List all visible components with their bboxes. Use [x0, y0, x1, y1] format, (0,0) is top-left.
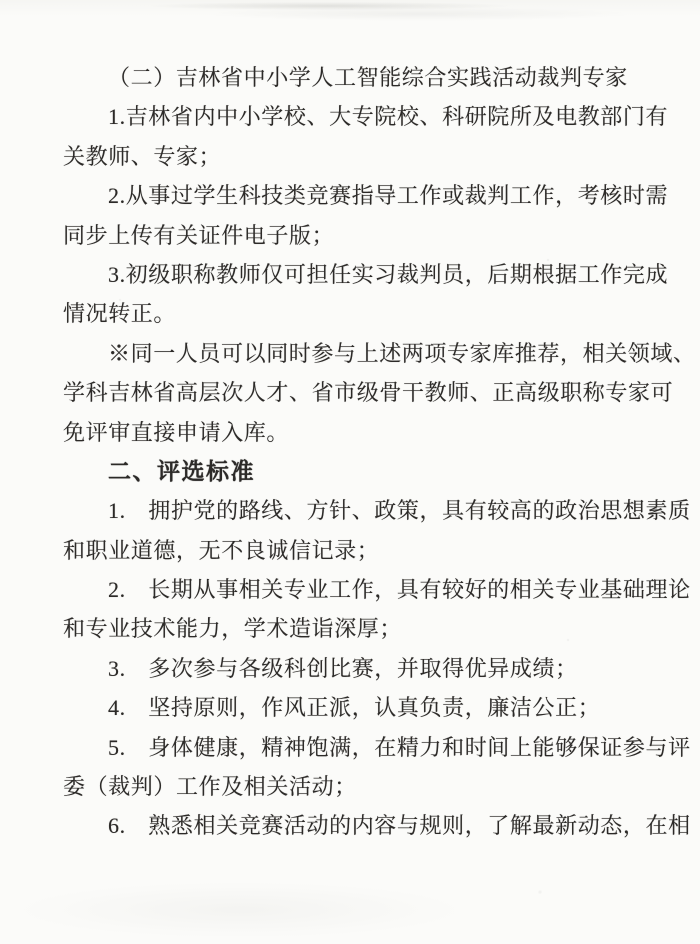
section-heading-criteria: 二、评选标准	[63, 452, 670, 491]
text-line: 2. 长期从事相关专业工作，具有较好的相关专业基础理论	[63, 570, 670, 609]
text-line: 1.吉林省内中小学校、大专院校、科研院所及电教部门有	[63, 97, 670, 136]
text-line: 6. 熟悉相关竞赛活动的内容与规则，了解最新动态，在相	[63, 806, 670, 845]
text-line: 同步上传有关证件电子版；	[63, 216, 670, 255]
text-line: 3.初级职称教师仅可担任实习裁判员，后期根据工作完成	[63, 255, 670, 294]
document-text-block: （二）吉林省中小学人工智能综合实践活动裁判专家 1.吉林省内中小学校、大专院校、…	[63, 58, 670, 846]
text-line: 3. 多次参与各级科创比赛，并取得优异成绩；	[63, 649, 670, 688]
text-line: 和职业道德，无不良诚信记录；	[63, 531, 670, 570]
text-line: 关教师、专家；	[63, 137, 670, 176]
text-line-note: 学科吉林省高层次人才、省市级骨干教师、正高级职称专家可	[63, 373, 670, 412]
text-line: 1. 拥护党的路线、方针、政策，具有较高的政治思想素质	[63, 491, 670, 530]
text-line: 5. 身体健康，精神饱满，在精力和时间上能够保证参与评	[63, 728, 670, 767]
text-line: 4. 坚持原则，作风正派，认真负责，廉洁公正；	[63, 688, 670, 727]
subsection-heading-judge-experts: （二）吉林省中小学人工智能综合实践活动裁判专家	[63, 58, 670, 97]
text-line: 委（裁判）工作及相关活动；	[63, 767, 670, 806]
text-line-note: 免评审直接申请入库。	[63, 413, 670, 452]
text-line: 2.从事过学生科技类竞赛指导工作或裁判工作，考核时需	[63, 176, 670, 215]
text-line: 情况转正。	[63, 294, 670, 333]
text-line-note: ※同一人员可以同时参与上述两项专家库推荐，相关领域、	[63, 334, 670, 373]
text-line: 和专业技术能力，学术造诣深厚；	[63, 609, 670, 648]
